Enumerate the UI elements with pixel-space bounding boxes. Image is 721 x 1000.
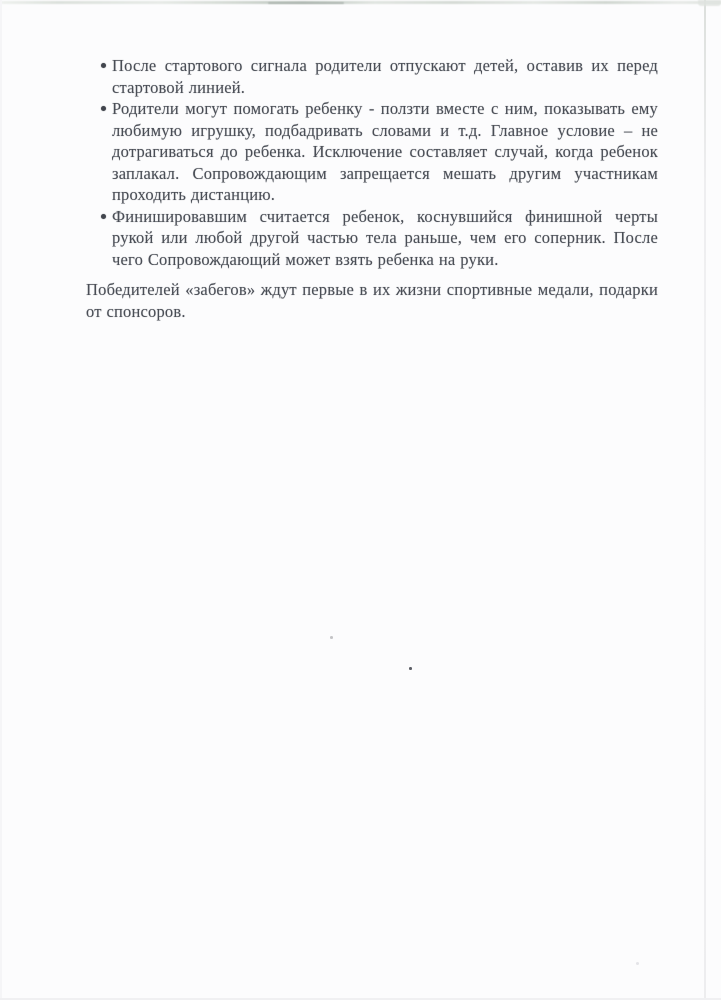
text-line: дотрагиваться до ребенка. Исключение сос… [112,141,658,163]
scan-speck [330,636,333,639]
bullet-list: После стартового сигнала родители отпуск… [86,55,658,270]
text-line: любимую игрушку, подбадривать словами и … [112,120,658,142]
bullet-dot-icon [101,106,106,111]
scan-edge-right [704,0,706,1000]
scan-speck [636,962,639,965]
scan-edge-left [0,0,2,1000]
document-body: После стартового сигнала родители отпуск… [86,55,658,322]
text-line: Родители могут помогать ребенку - ползти… [112,98,658,120]
text-line: После стартового сигнала родители отпуск… [112,55,658,77]
text-line: проходить дистанцию. [112,184,658,206]
text-line: от спонсоров. [86,301,658,323]
scan-edge-top [0,1,721,4]
text-line: Финишировавшим считается ребенок, коснув… [112,206,658,228]
text-line: чего Сопровождающий может взять ребенка … [112,249,658,271]
list-item: После стартового сигнала родители отпуск… [86,55,658,98]
text-line: Победителей «забегов» ждут первые в их ж… [86,279,658,301]
bullet-text: Родители могут помогать ребенку - ползти… [112,98,658,206]
bullet-dot-icon [101,214,106,219]
scan-speck [409,667,412,670]
scan-corner-notch [698,0,721,6]
list-item: Родители могут помогать ребенку - ползти… [86,98,658,206]
closing-paragraph: Победителей «забегов» ждут первые в их ж… [86,279,658,322]
text-line: стартовой линией. [112,77,658,99]
bullet-text: После стартового сигнала родители отпуск… [112,55,658,98]
bullet-dot-icon [101,63,106,68]
scanned-page: После стартового сигнала родители отпуск… [0,0,721,1000]
scan-edge-top-shadow [268,2,344,4]
list-item: Финишировавшим считается ребенок, коснув… [86,206,658,271]
text-line: рукой или любой другой частью тела раньш… [112,227,658,249]
text-line: заплакал. Сопровождающим запрещается меш… [112,163,658,185]
bullet-text: Финишировавшим считается ребенок, коснув… [112,206,658,271]
